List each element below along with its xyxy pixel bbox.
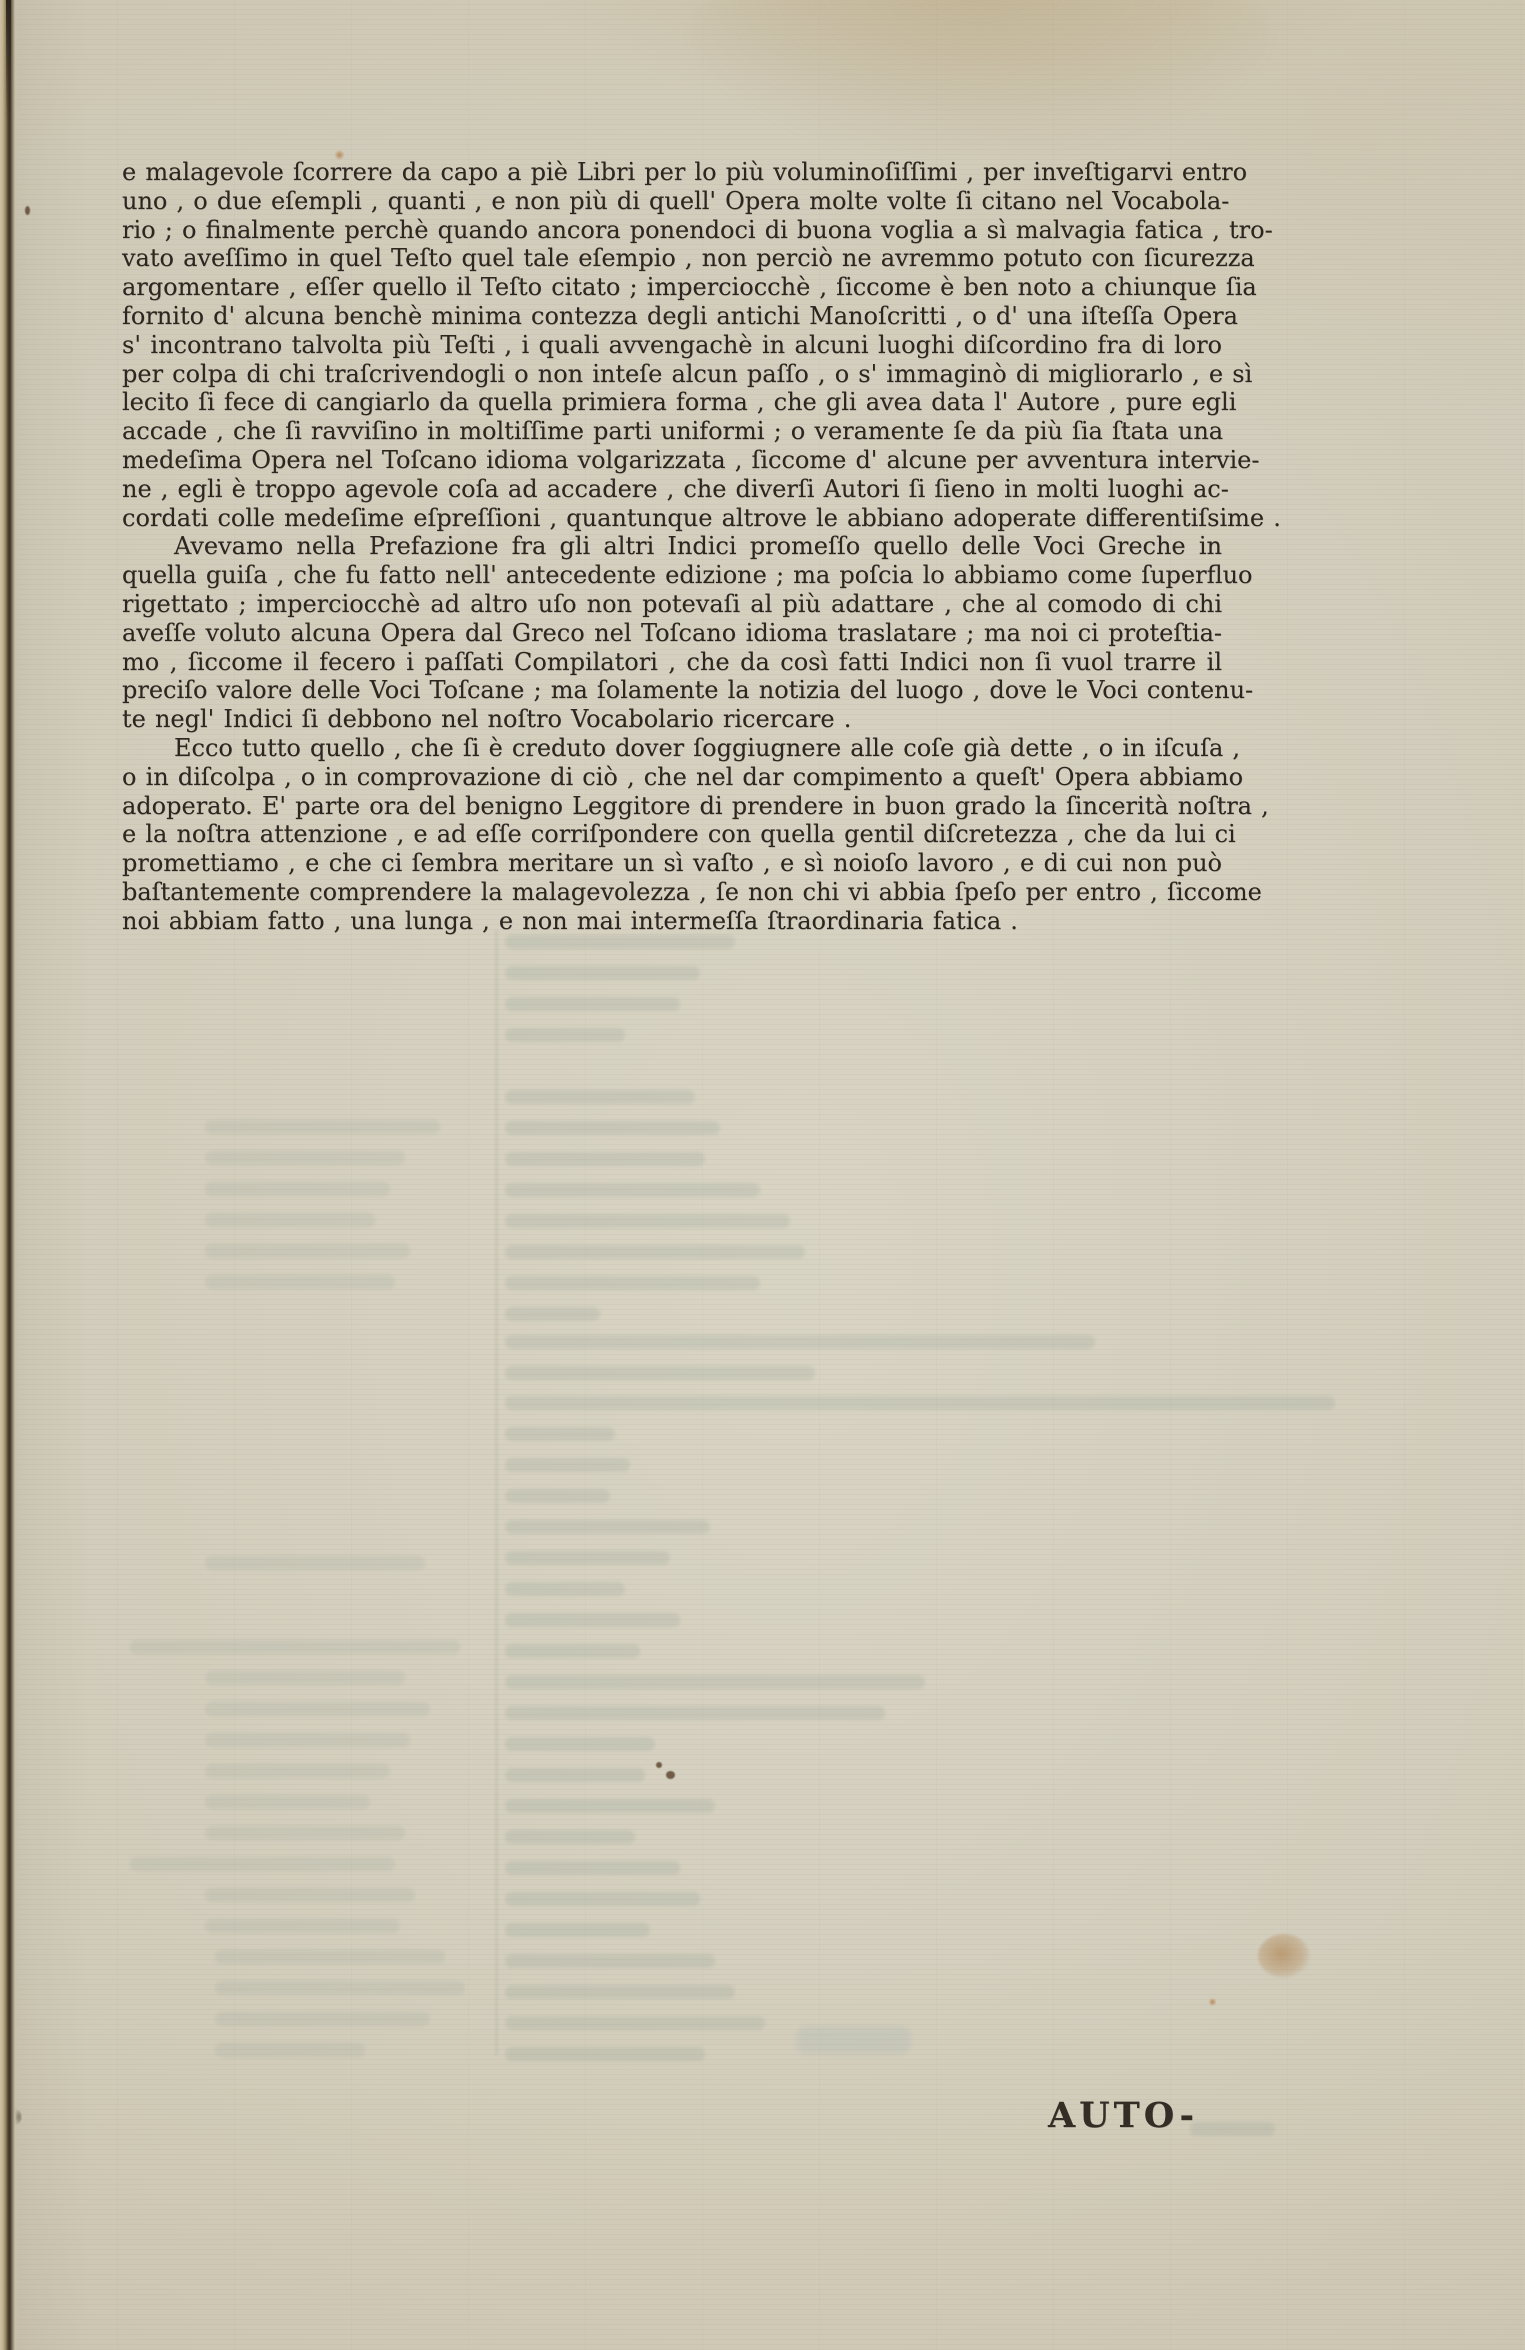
speck-stain [656,1762,662,1768]
bleedthrough-line [505,1985,735,1999]
bleedthrough-line [505,1737,655,1751]
text-line: ne , egli è troppo agevole coſa ad accad… [122,475,1222,504]
bleedthrough-line [505,1861,680,1875]
bleedthrough-line [505,1427,615,1441]
bleedthrough-line [505,1675,925,1689]
bleedthrough-line [505,1214,790,1228]
text-line: noi abbiam fatto , una lunga , e non mai… [122,907,1222,936]
text-line: promettiamo , e che ci ſembra meritare u… [122,849,1222,878]
bleedthrough-line [505,1183,760,1197]
bleedthrough-line [215,1981,465,1995]
bleedthrough-line [505,1551,670,1565]
bleedthrough-line [505,1121,720,1135]
bleedthrough-line [205,1244,410,1258]
bleedthrough-line [505,1152,705,1166]
bleedthrough-line [505,1028,625,1042]
bleedthrough-line [205,1671,405,1685]
bleedthrough-line [505,1799,715,1813]
text-line: lecito ſi fece di cangiarlo da quella pr… [122,388,1222,417]
bleedthrough-line [505,1489,610,1503]
bleedthrough-line [215,2043,365,2057]
bleedthrough-line [205,1919,400,1933]
bleedthrough-line [205,1826,405,1840]
bleedthrough-line [205,1795,370,1809]
bleedthrough-line [130,1640,460,1654]
bleedthrough-line [205,1213,375,1227]
text-line: e la noſtra attenzione , e ad eſſe corri… [122,820,1222,849]
bleedthrough-line [505,1396,1335,1410]
bleedthrough-line [505,1706,885,1720]
bleedthrough-line [1190,2122,1275,2136]
bleedthrough-line [505,966,700,980]
bleedthrough-line [505,1520,710,1534]
text-line: argomentare , eſſer quello il Teſto cita… [122,273,1222,302]
bleedthrough-line [215,1950,445,1964]
text-line: aveſſe voluto alcuna Opera dal Greco nel… [122,619,1222,648]
bleedthrough-line [505,1582,625,1596]
text-line: mo , ſiccome il fecero i paſſati Compila… [122,648,1222,677]
text-line: cordati colle medeſime eſpreſſioni , qua… [122,504,1222,533]
bleedthrough-line [505,1613,680,1627]
binding-gutter-edge [0,0,20,2350]
bleedthrough-line [505,1644,640,1658]
bleedthrough-line [205,1151,405,1165]
text-line: medeſima Opera nel Toſcano idioma volgar… [122,446,1222,475]
text-line: e malagevole ſcorrere da capo a piè Libr… [122,158,1222,187]
bleedthrough-line [505,1307,600,1321]
bleedthrough-line [505,1768,645,1782]
text-line: rigettato ; imperciocchè ad altro uſo no… [122,590,1222,619]
bleedthrough-line [505,935,735,949]
text-line: Ecco tutto quello , che ſi è creduto dov… [122,734,1222,763]
text-line: fornito d' alcuna benchè minima contezza… [122,302,1222,331]
speck-stain [666,1771,675,1779]
bleedthrough-line [505,1954,715,1968]
text-line: Avevamo nella Prefazione fra gli altri I… [122,532,1222,561]
bleedthrough-line [505,1892,700,1906]
bleedthrough-line [205,1182,390,1196]
bleedthrough-line [205,1120,440,1134]
text-line: accade , che ſi ravviſino in moltiſſime … [122,417,1222,446]
bleedthrough-line [505,1830,635,1844]
bleedthrough-line [130,1857,395,1871]
text-line: te negl' Indici ſi debbono nel noſtro Vo… [122,705,1222,734]
bleedthrough-line [205,1702,430,1716]
bleedthrough-line [205,1733,410,1747]
bleedthrough-line [205,1275,395,1289]
bleedthrough-line [205,1888,415,1902]
bleedthrough-line [505,997,680,1011]
rust-small-stain [1208,1998,1217,2006]
catchword: AUTO- [1048,2095,1198,2136]
text-line: adoperato. E' parte ora del benigno Legg… [122,792,1222,821]
bleedthrough-line [215,2012,430,2026]
bleedthrough-line [505,1245,805,1259]
text-line: rio ; o finalmente perchè quando ancora … [122,216,1222,245]
rust-stain [1258,1934,1310,1978]
text-line: preciſo valore delle Voci Toſcane ; ma ſ… [122,676,1222,705]
text-line: o in diſcolpa , o in comprovazione di ci… [122,763,1222,792]
speck-stain [25,206,30,215]
text-line: s' incontrano talvolta più Teſti , i qua… [122,331,1222,360]
bleedthrough-line [505,1458,630,1472]
bleedthrough-line [205,1764,390,1778]
bleedthrough-column-rule [495,930,498,2055]
bleedthrough-line [505,1276,760,1290]
bleedthrough-line [505,2047,705,2061]
text-line: per colpa di chi traſcrivendogli o non i… [122,360,1222,389]
bleedthrough-line [505,1335,1095,1349]
bleedthrough-line [505,1090,695,1104]
bleedthrough-line [505,1923,650,1937]
text-line: quella guiſa , che fu fatto nell' antece… [122,561,1222,590]
text-line: uno , o due eſempli , quanti , e non più… [122,187,1222,216]
text-line: baſtantemente comprendere la malagevolez… [122,878,1222,907]
text-line: vato aveſſimo in quel Teſto quel tale eſ… [122,244,1222,273]
waterstain-stain [690,0,1270,150]
bleedthrough-line [205,1556,425,1570]
bleedthrough-line [505,2016,765,2030]
bleedthrough-line [505,1366,815,1380]
book-page-scan: e malagevole ſcorrere da capo a piè Libr… [0,0,1525,2350]
blue-smudge-stain [796,2026,911,2054]
main-text-block: e malagevole ſcorrere da capo a piè Libr… [122,158,1222,936]
